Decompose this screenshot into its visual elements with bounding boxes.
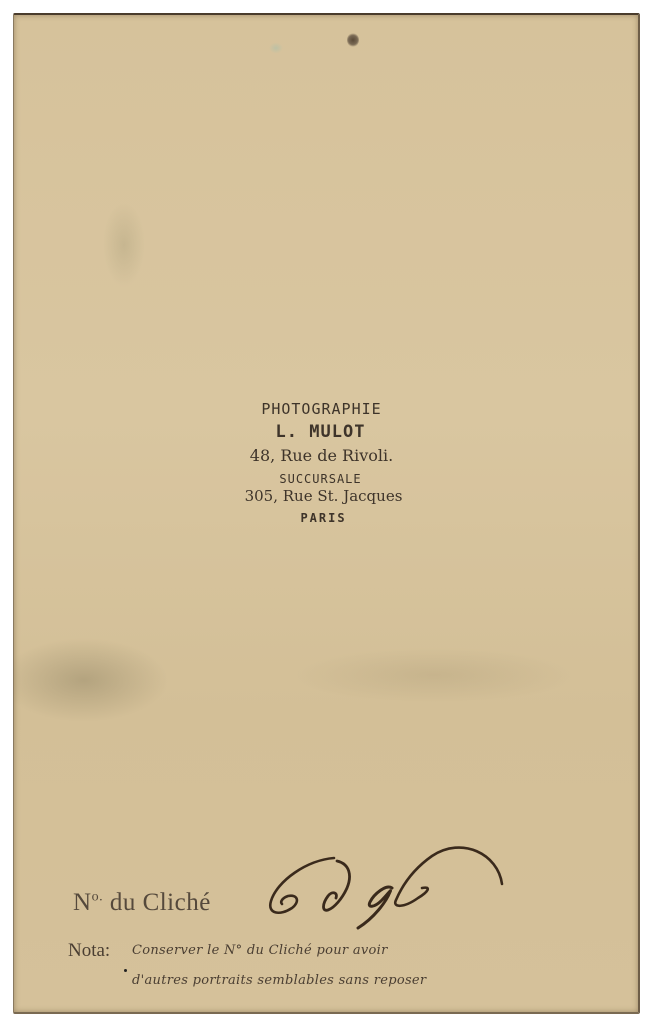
nota-text-line1: Conserver le N° du Cliché pour avoir	[132, 943, 388, 958]
nota-notice: Nota: Conserver le N° du Cliché pour avo…	[68, 940, 518, 962]
imprint-branch-address: 305, Rue St. Jacques	[0, 489, 649, 504]
cliche-number-label: No. du Cliché	[73, 889, 211, 917]
studio-imprint: PHOTOGRAPHIE L. MULOT 48, Rue de Rivoli.…	[0, 402, 649, 524]
imprint-main-address: 48, Rue de Rivoli.	[0, 448, 649, 464]
nota-label: Nota:	[68, 940, 110, 961]
cliche-label-rest: du Cliché	[103, 889, 211, 916]
cliche-label-prefix: N	[73, 889, 92, 916]
nota-dot	[124, 969, 127, 972]
cliche-label-sup: o.	[92, 890, 104, 905]
imprint-photographer-name: L. MULOT	[0, 424, 649, 441]
imprint-city: PARIS	[0, 512, 649, 524]
pin-hole-damage	[347, 33, 359, 47]
nota-text-line2: d'autres portraits semblables sans repos…	[132, 973, 426, 988]
imprint-succursale: SUCCURSALE	[0, 473, 649, 485]
imprint-photographie: PHOTOGRAPHIE	[0, 402, 649, 417]
handwritten-cliche-number-6096	[262, 836, 512, 936]
